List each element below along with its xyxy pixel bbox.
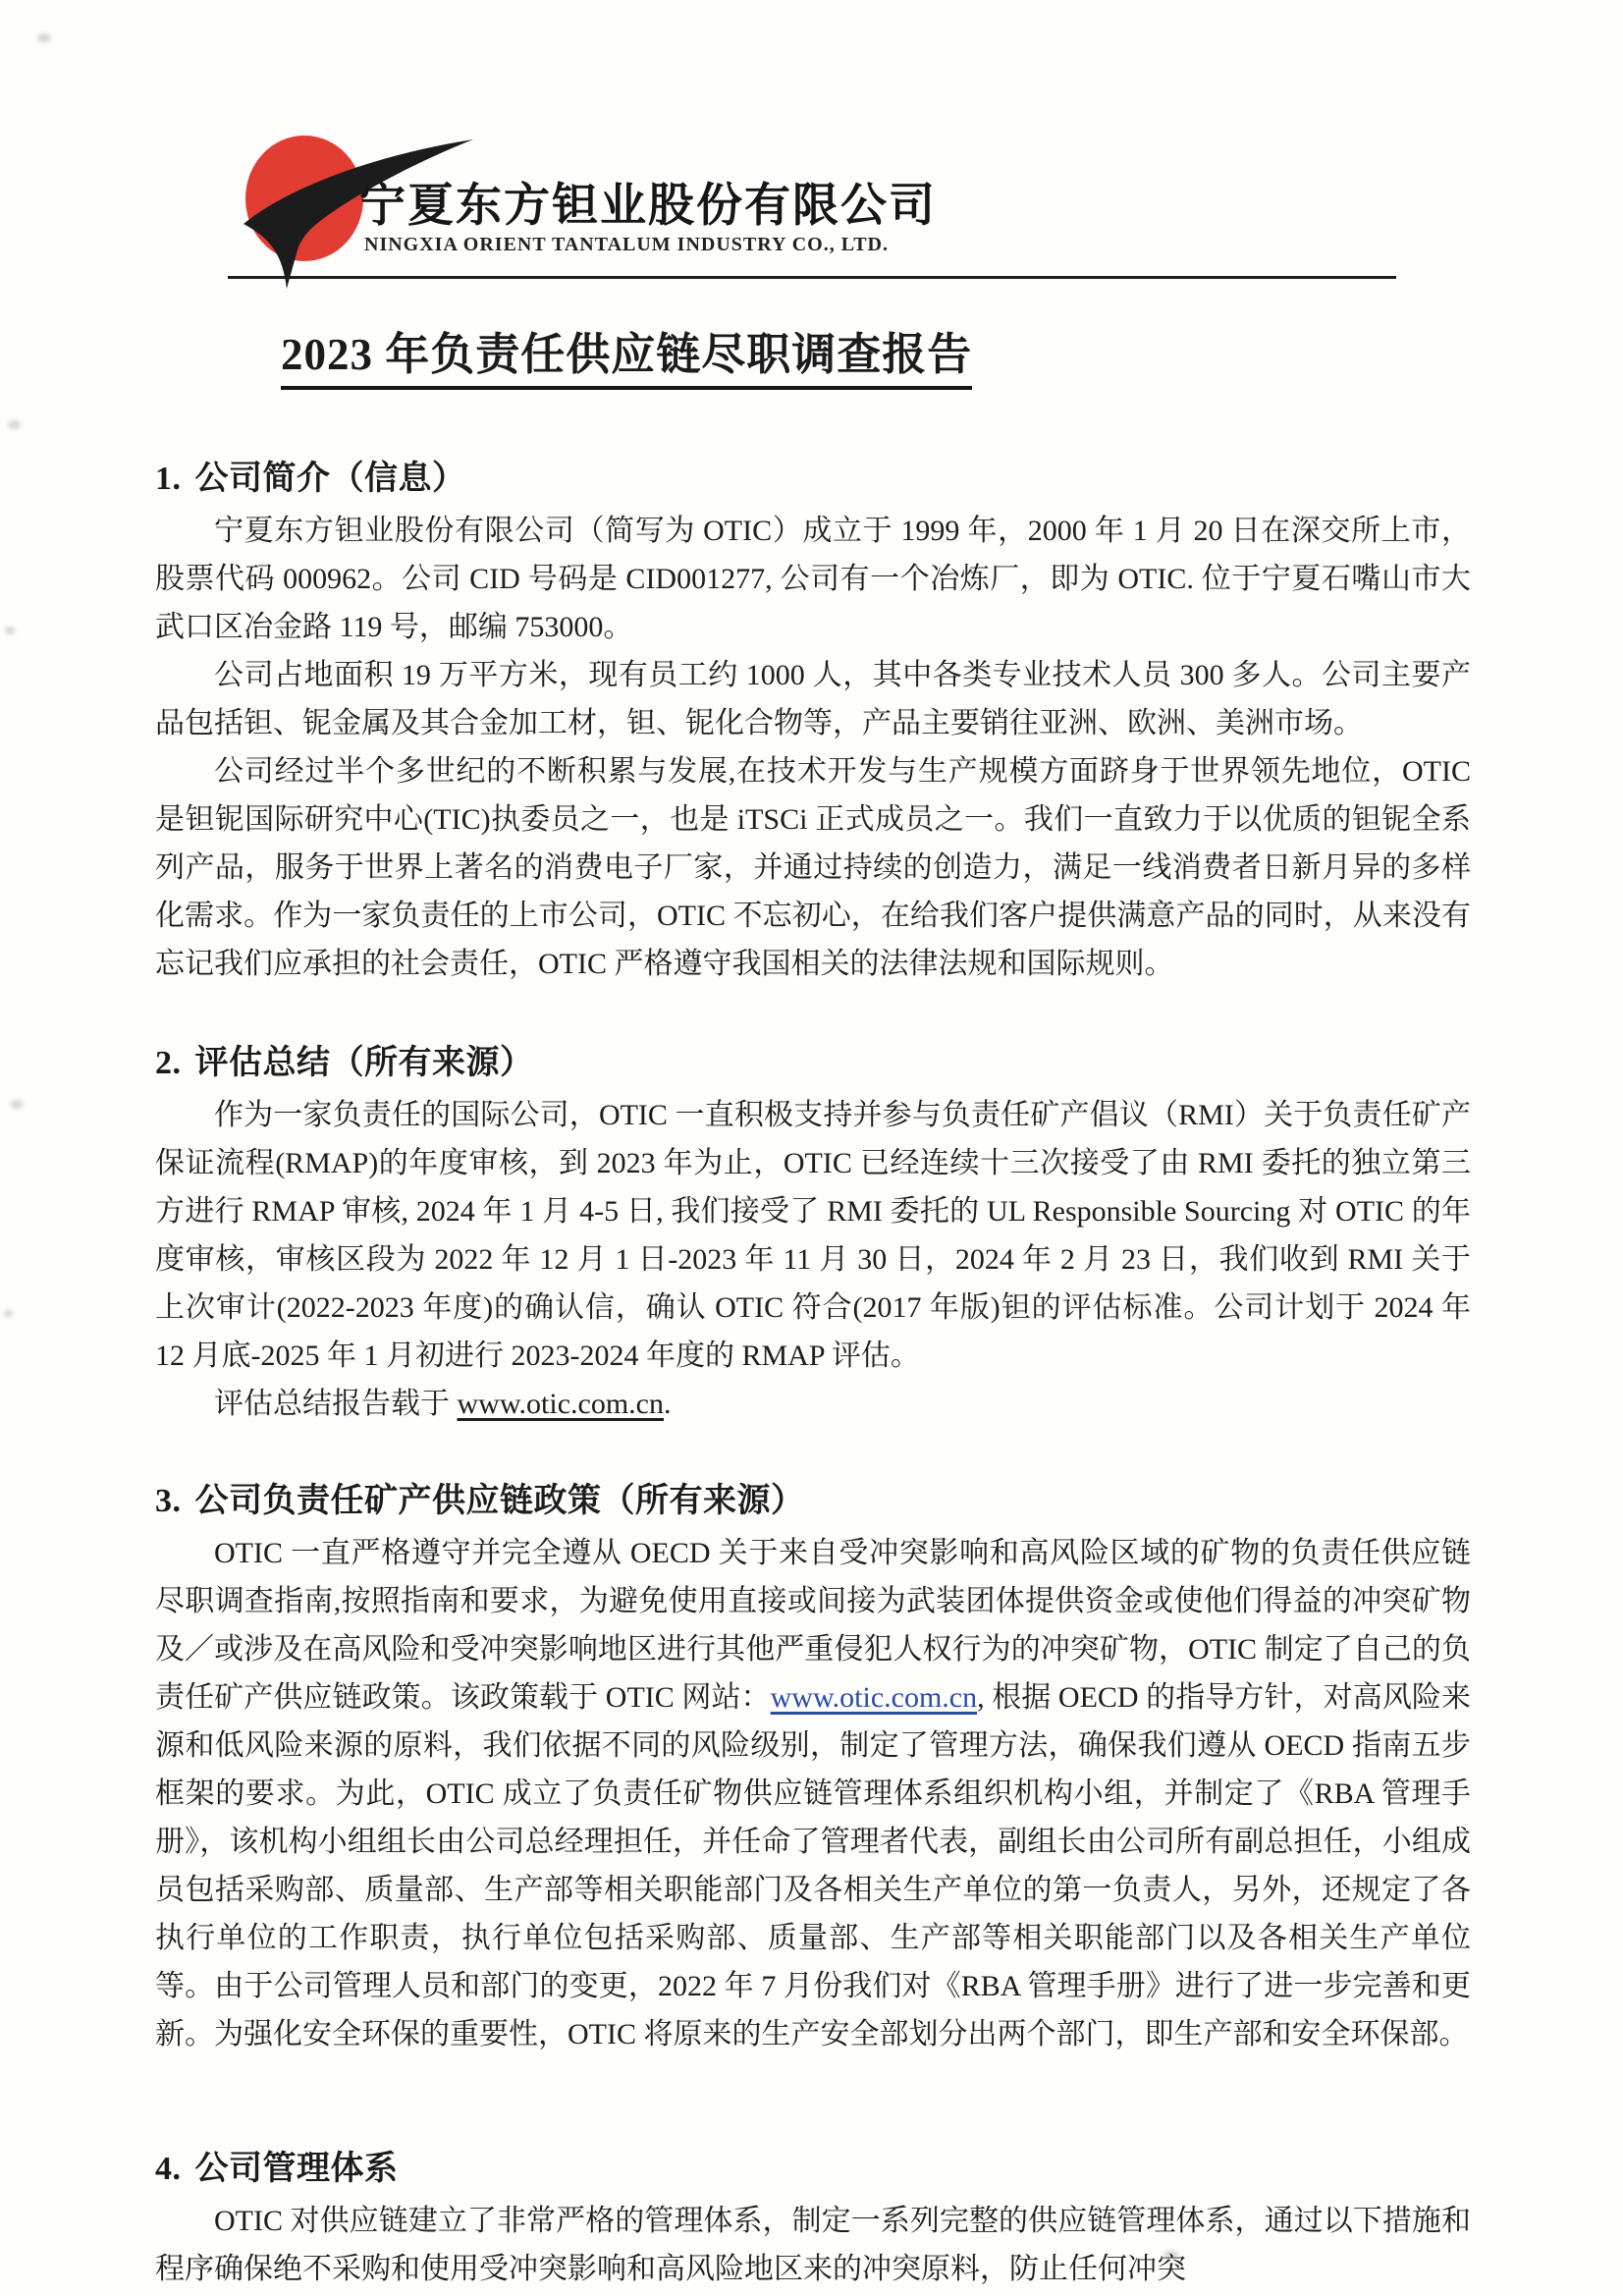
section-4-heading: 4.公司管理体系 — [155, 2141, 1471, 2189]
section-number: 2. — [155, 1045, 182, 1081]
company-name-cn: 宁夏东方钽业股份有限公司 — [359, 169, 937, 235]
paragraph: OTIC 对供应链建立了非常严格的管理体系，制定一系列完整的供应链管理体系，通过… — [155, 2197, 1471, 2293]
paragraph: 作为一家负责任的国际公司，OTIC 一直积极支持并参与负责任矿产倡议（RMI）关… — [155, 1091, 1471, 1380]
report-link-suffix: . — [664, 1388, 672, 1420]
section-number: 4. — [155, 2151, 182, 2187]
section-title: 公司负责任矿产供应链政策（所有来源） — [195, 1483, 805, 1519]
section-1-heading: 1.公司简介（信息） — [155, 451, 1471, 499]
report-link-prefix: 评估总结报告载于 — [214, 1388, 458, 1420]
document-content: 2023 年负责任供应链尽职调查报告 1.公司简介（信息） 宁夏东方钽业股份有限… — [155, 312, 1471, 2293]
section-1: 1.公司简介（信息） 宁夏东方钽业股份有限公司（简写为 OTIC）成立于 199… — [155, 451, 1471, 988]
paragraph: 宁夏东方钽业股份有限公司（简写为 OTIC）成立于 1999 年，2000 年 … — [155, 507, 1471, 651]
section-3-heading: 3.公司负责任矿产供应链政策（所有来源） — [155, 1473, 1471, 1521]
scan-artifact — [11, 1100, 23, 1109]
paragraph: OTIC 一直严格遵守并完全遵从 OECD 关于来自受冲突影响和高风险区域的矿物… — [155, 1529, 1471, 2058]
report-link-line: 评估总结报告载于 www.otic.com.cn. — [155, 1380, 1471, 1428]
policy-text-after-link: , 根据 OECD 的指导方针，对高风险来源和低风险来源的原料，我们依据不同的风… — [155, 1681, 1471, 2050]
letterhead-divider — [228, 276, 1396, 279]
section-title: 公司简介（信息） — [195, 461, 466, 497]
otic-website-link[interactable]: www.otic.com.cn — [458, 1388, 665, 1420]
paragraph: 公司占地面积 19 万平方米，现有员工约 1000 人，其中各类专业技术人员 3… — [155, 651, 1471, 747]
company-name-en: NINGXIA ORIENT TANTALUM INDUSTRY CO., LT… — [364, 234, 889, 256]
scan-artifact — [37, 33, 51, 42]
section-number: 3. — [155, 1483, 182, 1519]
section-2-heading: 2.评估总结（所有来源） — [155, 1035, 1471, 1083]
section-title: 评估总结（所有来源） — [195, 1045, 534, 1081]
section-4: 4.公司管理体系 OTIC 对供应链建立了非常严格的管理体系，制定一系列完整的供… — [155, 2141, 1471, 2293]
section-3: 3.公司负责任矿产供应链政策（所有来源） OTIC 一直严格遵守并完全遵从 OE… — [155, 1473, 1471, 2058]
paragraph: 公司经过半个多世纪的不断积累与发展,在技术开发与生产规模方面跻身于世界领先地位，… — [155, 747, 1471, 988]
section-title: 公司管理体系 — [195, 2151, 399, 2187]
scan-artifact — [8, 420, 21, 429]
page-title: 2023 年负责任供应链尽职调查报告 — [281, 318, 972, 390]
scanned-report-page: { "header": { "company_name_cn": "宁夏东方钽业… — [0, 0, 1623, 2296]
scan-artifact — [5, 627, 15, 634]
scan-artifact — [4, 1310, 13, 1317]
document-page: 宁夏东方钽业股份有限公司 NINGXIA ORIENT TANTALUM IND… — [0, 0, 1623, 2296]
section-2: 2.评估总结（所有来源） 作为一家负责任的国际公司，OTIC 一直积极支持并参与… — [155, 1035, 1471, 1428]
section-number: 1. — [155, 461, 182, 497]
otic-website-link[interactable]: www.otic.com.cn — [771, 1681, 978, 1714]
